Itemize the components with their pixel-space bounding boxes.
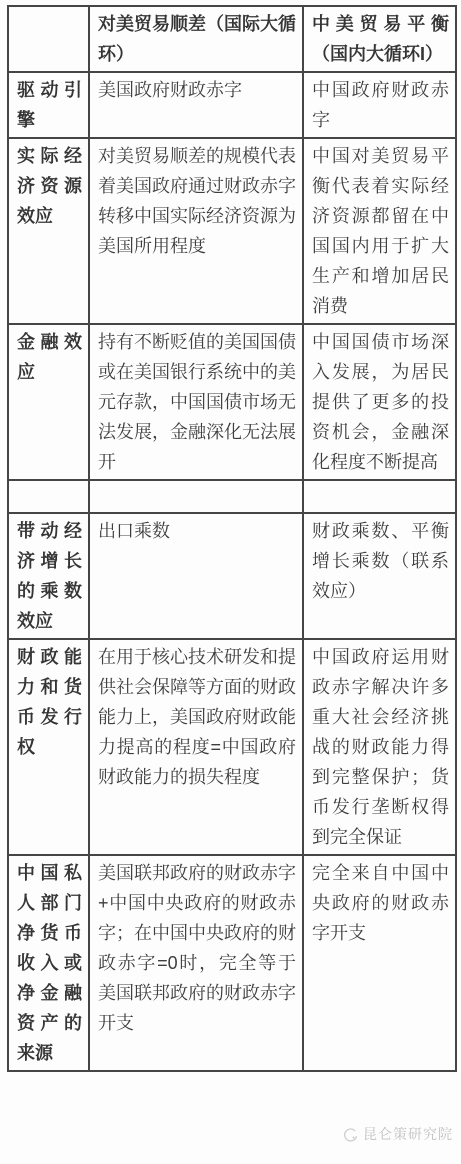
article-page: 对美贸易顺差（国际大循环） 中美贸易平衡（国内大循环I） 驱动引擎 美国政府财政…	[0, 0, 461, 1164]
row-label-cell: 中国私人部门净货币收入或净金融资产的来源	[8, 855, 89, 1071]
table-row-real-resource-effect: 实际经济资源效应 对美贸易顺差的规模代表着美国政府通过财政赤字转移中国实际经济资…	[8, 138, 456, 324]
comparison-table: 对美贸易顺差（国际大循环） 中美贸易平衡（国内大循环I） 驱动引擎 美国政府财政…	[7, 5, 457, 1072]
us-value-cell: 持有不断贬值的美国国债或在美国银行系统中的美元存款，中国国债市场无法发展，金融深…	[89, 324, 303, 480]
cn-value-cell: 完全来自中国中央政府的财政赤字开支	[303, 855, 456, 1071]
cn-value-cell: 中国国债市场深入发展，为居民提供了更多的投资机会，金融深化程度不断提高	[303, 324, 456, 480]
table-row-driving-engine: 驱动引擎 美国政府财政赤字 中国政府财政赤字	[8, 72, 456, 138]
row-label-cell: 财政能力和货币发行权	[8, 639, 89, 855]
row-label-cell: 金融效应	[8, 324, 89, 480]
cn-value-cell: 中国政府财政赤字	[303, 72, 456, 138]
row-label-cell: 驱动引擎	[8, 72, 89, 138]
cn-value-cell: 中国政府运用财政赤字解决许多重大社会经济挑战的财政能力得到完整保护；货币发行垄断…	[303, 639, 456, 855]
us-value-cell	[89, 480, 303, 513]
us-value-cell: 出口乘数	[89, 513, 303, 639]
table-header-row: 对美贸易顺差（国际大循环） 中美贸易平衡（国内大循环I）	[8, 6, 456, 72]
us-value-cell: 对美贸易顺差的规模代表着美国政府通过财政赤字转移中国实际经济资源为美国所用程度	[89, 138, 303, 324]
cn-value-cell: 中国对美贸易平衡代表着实际经济资源都留在中国国内用于扩大生产和增加居民消费	[303, 138, 456, 324]
header-corner-cell	[8, 6, 89, 72]
cn-value-cell: 财政乘数、平衡增长乘数（联系效应）	[303, 513, 456, 639]
table-row-financial-effect: 金融效应 持有不断贬值的美国国债或在美国银行系统中的美元存款，中国国债市场无法发…	[8, 324, 456, 480]
header-us-surplus-cell: 对美贸易顺差（国际大循环）	[89, 6, 303, 72]
kunlun-logo-icon	[342, 1126, 359, 1143]
us-value-cell: 美国政府财政赤字	[89, 72, 303, 138]
table-row-multiplier-effect: 带动经济增长的乘数效应 出口乘数 财政乘数、平衡增长乘数（联系效应）	[8, 513, 456, 639]
table-row-private-sector-income-source: 中国私人部门净货币收入或净金融资产的来源 美国联邦政府的财政赤字+中国中央政府的…	[8, 855, 456, 1071]
us-value-cell: 在用于核心技术研发和提供社会保障等方面的财政能力上，美国政府财政能力提高的程度=…	[89, 639, 303, 855]
us-value-cell: 美国联邦政府的财政赤字+中国中央政府的财政赤字；在中国中央政府的财政赤字=0时，…	[89, 855, 303, 1071]
table-row-empty	[8, 480, 456, 513]
cn-value-cell	[303, 480, 456, 513]
row-label-cell: 带动经济增长的乘数效应	[8, 513, 89, 639]
watermark: 昆仑策研究院	[342, 1124, 453, 1144]
watermark-text: 昆仑策研究院	[363, 1124, 453, 1144]
row-label-cell: 实际经济资源效应	[8, 138, 89, 324]
row-label-cell	[8, 480, 89, 513]
table-row-fiscal-capacity: 财政能力和货币发行权 在用于核心技术研发和提供社会保障等方面的财政能力上，美国政…	[8, 639, 456, 855]
header-cn-balance-cell: 中美贸易平衡（国内大循环I）	[303, 6, 456, 72]
